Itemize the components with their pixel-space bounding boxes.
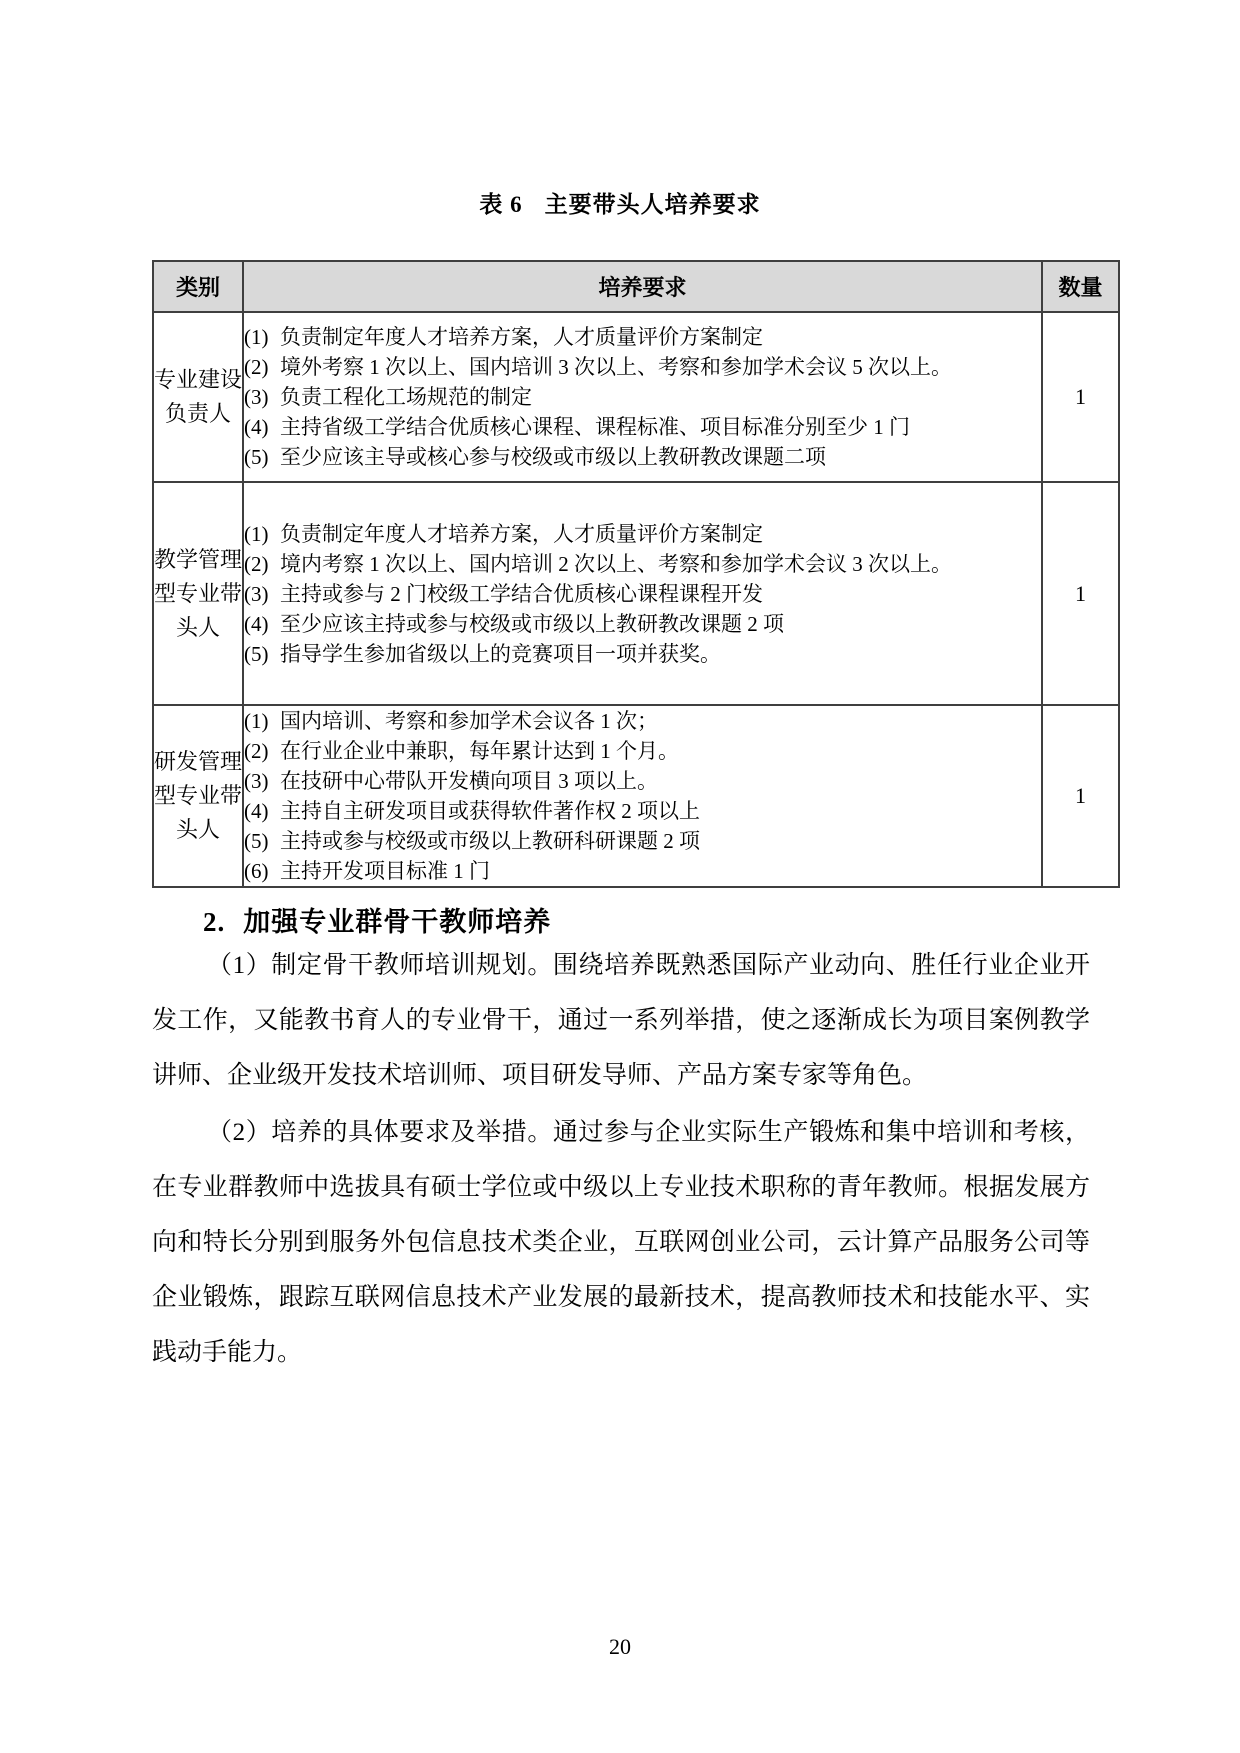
requirement-text: 指导学生参加省级以上的竞赛项目一项并获奖。 — [280, 639, 1041, 669]
header-cell-requirements: 培养要求 — [243, 261, 1042, 312]
quantity-cell: 1 — [1042, 705, 1119, 887]
requirement-marker: (6) — [244, 856, 280, 886]
requirement-marker: (4) — [244, 412, 280, 442]
requirement-text: 国内培训、考察和参加学术会议各 1 次； — [280, 706, 1041, 736]
requirement-item: (3)负责工程化工场规范的制定 — [244, 382, 1041, 412]
category-cell: 研发管理型专业带头人 — [153, 705, 243, 887]
section-title: 加强专业群骨干教师培养 — [243, 907, 551, 937]
document-page: 表 6主要带头人培养要求 类别 培养要求 数量 专业建设负责人 (1)负责制定年… — [0, 0, 1240, 1753]
paragraph: （1）制定骨干教师培训规划。围绕培养既熟悉国际产业动向、胜任行业企业开发工作，又… — [152, 938, 1090, 1103]
requirements-cell: (1)负责制定年度人才培养方案，人才质量评价方案制定 (2)境外考察 1 次以上… — [243, 312, 1042, 482]
requirement-item: (4)主持自主研发项目或获得软件著作权 2 项以上 — [244, 796, 1041, 826]
category-cell: 专业建设负责人 — [153, 312, 243, 482]
requirement-item: (2)境内考察 1 次以上、国内培训 2 次以上、考察和参加学术会议 3 次以上… — [244, 549, 1041, 579]
quantity-cell: 1 — [1042, 482, 1119, 705]
requirement-text: 负责工程化工场规范的制定 — [280, 382, 1041, 412]
header-cell-quantity: 数量 — [1042, 261, 1119, 312]
requirement-marker: (3) — [244, 579, 280, 609]
table-row: 教学管理型专业带头人 (1)负责制定年度人才培养方案，人才质量评价方案制定 (2… — [153, 482, 1119, 705]
requirement-item: (4)主持省级工学结合优质核心课程、课程标准、项目标准分别至少 1 门 — [244, 412, 1041, 442]
table-header-row: 类别 培养要求 数量 — [153, 261, 1119, 312]
requirement-text: 主持或参与校级或市级以上教研科研课题 2 项 — [280, 826, 1041, 856]
requirement-list: (1)负责制定年度人才培养方案，人才质量评价方案制定 (2)境内考察 1 次以上… — [244, 483, 1041, 704]
requirement-item: (5)至少应该主导或核心参与校级或市级以上教研教改课题二项 — [244, 442, 1041, 472]
requirements-cell: (1)国内培训、考察和参加学术会议各 1 次； (2)在行业企业中兼职，每年累计… — [243, 705, 1042, 887]
paragraph: （2）培养的具体要求及举措。通过参与企业实际生产锻炼和集中培训和考核，在专业群教… — [152, 1105, 1090, 1380]
requirements-table: 类别 培养要求 数量 专业建设负责人 (1)负责制定年度人才培养方案，人才质量评… — [152, 260, 1120, 888]
requirement-marker: (5) — [244, 442, 280, 472]
requirement-text: 境内考察 1 次以上、国内培训 2 次以上、考察和参加学术会议 3 次以上。 — [280, 549, 1041, 579]
requirement-item: (1)负责制定年度人才培养方案，人才质量评价方案制定 — [244, 322, 1041, 352]
requirement-item: (2)在行业企业中兼职，每年累计达到 1 个月。 — [244, 736, 1041, 766]
table-caption-text: 主要带头人培养要求 — [545, 192, 761, 217]
requirement-marker: (1) — [244, 322, 280, 352]
requirement-text: 负责制定年度人才培养方案，人才质量评价方案制定 — [280, 322, 1041, 352]
requirement-item: (5)主持或参与校级或市级以上教研科研课题 2 项 — [244, 826, 1041, 856]
requirement-marker: (2) — [244, 549, 280, 579]
requirement-text: 至少应该主导或核心参与校级或市级以上教研教改课题二项 — [280, 442, 1041, 472]
requirement-text: 在行业企业中兼职，每年累计达到 1 个月。 — [280, 736, 1041, 766]
requirement-item: (4)至少应该主持或参与校级或市级以上教研教改课题 2 项 — [244, 609, 1041, 639]
table-caption-label: 表 6 — [479, 192, 522, 217]
requirement-marker: (3) — [244, 766, 280, 796]
table-caption: 表 6主要带头人培养要求 — [0, 186, 1240, 219]
requirement-marker: (5) — [244, 639, 280, 669]
requirement-text: 至少应该主持或参与校级或市级以上教研教改课题 2 项 — [280, 609, 1041, 639]
requirement-item: (6)主持开发项目标准 1 门 — [244, 856, 1041, 886]
page-number: 20 — [0, 1634, 1240, 1660]
section-number: 2. — [203, 907, 225, 937]
requirement-marker: (2) — [244, 736, 280, 766]
requirement-marker: (1) — [244, 706, 280, 736]
requirement-marker: (5) — [244, 826, 280, 856]
requirement-list: (1)负责制定年度人才培养方案，人才质量评价方案制定 (2)境外考察 1 次以上… — [244, 313, 1041, 481]
requirement-item: (1)负责制定年度人才培养方案，人才质量评价方案制定 — [244, 519, 1041, 549]
quantity-cell: 1 — [1042, 312, 1119, 482]
requirement-item: (3)主持或参与 2 门校级工学结合优质核心课程课程开发 — [244, 579, 1041, 609]
requirement-item: (1)国内培训、考察和参加学术会议各 1 次； — [244, 706, 1041, 736]
requirement-marker: (3) — [244, 382, 280, 412]
requirement-item: (5)指导学生参加省级以上的竞赛项目一项并获奖。 — [244, 639, 1041, 669]
requirement-item: (3)在技研中心带队开发横向项目 3 项以上。 — [244, 766, 1041, 796]
requirement-marker: (2) — [244, 352, 280, 382]
requirement-marker: (4) — [244, 609, 280, 639]
requirement-marker: (4) — [244, 796, 280, 826]
requirement-text: 主持省级工学结合优质核心课程、课程标准、项目标准分别至少 1 门 — [280, 412, 1041, 442]
requirements-cell: (1)负责制定年度人才培养方案，人才质量评价方案制定 (2)境内考察 1 次以上… — [243, 482, 1042, 705]
requirement-item: (2)境外考察 1 次以上、国内培训 3 次以上、考察和参加学术会议 5 次以上… — [244, 352, 1041, 382]
requirement-list: (1)国内培训、考察和参加学术会议各 1 次； (2)在行业企业中兼职，每年累计… — [244, 706, 1041, 886]
requirement-text: 主持自主研发项目或获得软件著作权 2 项以上 — [280, 796, 1041, 826]
requirement-text: 主持开发项目标准 1 门 — [280, 856, 1041, 886]
requirement-text: 主持或参与 2 门校级工学结合优质核心课程课程开发 — [280, 579, 1041, 609]
requirement-text: 在技研中心带队开发横向项目 3 项以上。 — [280, 766, 1041, 796]
requirement-text: 负责制定年度人才培养方案，人才质量评价方案制定 — [280, 519, 1041, 549]
table-row: 专业建设负责人 (1)负责制定年度人才培养方案，人才质量评价方案制定 (2)境外… — [153, 312, 1119, 482]
category-cell: 教学管理型专业带头人 — [153, 482, 243, 705]
body-text: （1）制定骨干教师培训规划。围绕培养既熟悉国际产业动向、胜任行业企业开发工作，又… — [152, 938, 1090, 1380]
table-row: 研发管理型专业带头人 (1)国内培训、考察和参加学术会议各 1 次； (2)在行… — [153, 705, 1119, 887]
section-heading: 2.加强专业群骨干教师培养 — [203, 900, 551, 939]
requirement-text: 境外考察 1 次以上、国内培训 3 次以上、考察和参加学术会议 5 次以上。 — [280, 352, 1041, 382]
header-cell-category: 类别 — [153, 261, 243, 312]
requirement-marker: (1) — [244, 519, 280, 549]
